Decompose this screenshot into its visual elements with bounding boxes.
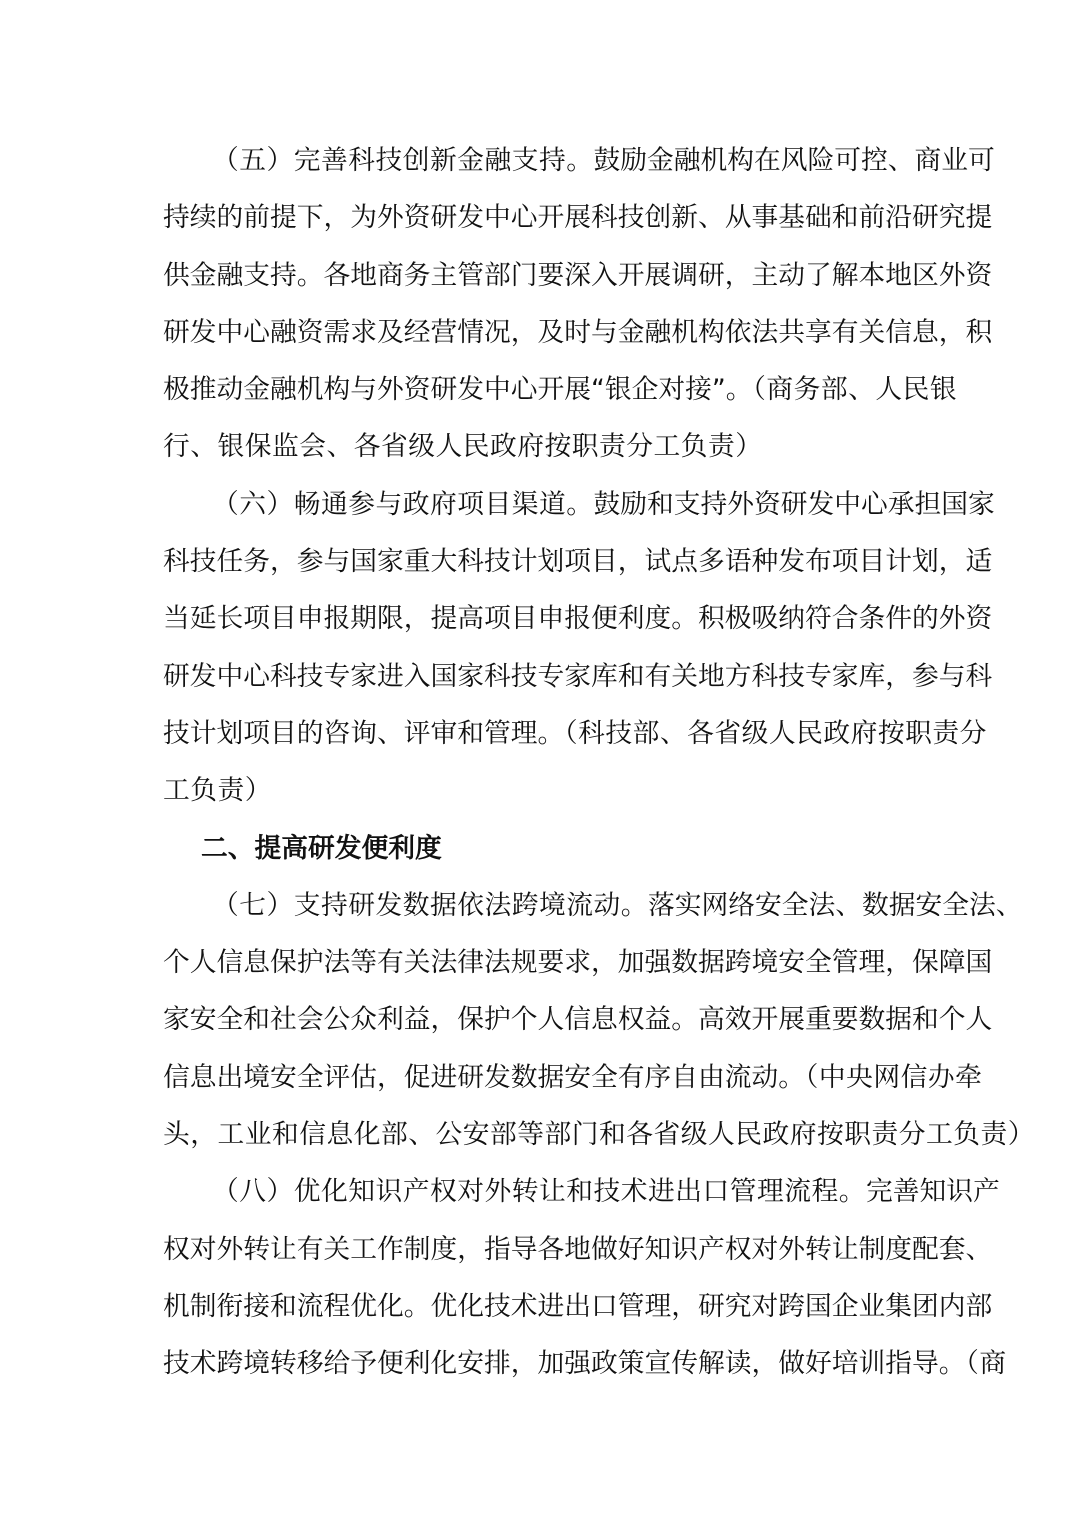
responsibility-note: 行、银保监会、各省级人民政府按职责分工负责） bbox=[163, 431, 763, 462]
line-body: 完善知识产 bbox=[866, 1176, 1000, 1207]
paragraph-line: 技计划项目的咨询、评审和管理。（科技部、各省级人民政府按职责分 bbox=[163, 705, 913, 762]
paragraph-line: 权对外转让有关工作制度，指导各地做好知识产权对外转让制度配套、 bbox=[163, 1221, 913, 1278]
responsibility-note: （商务部、人民银 bbox=[752, 374, 957, 405]
line-body: 技术跨境转移给予便利化安排，加强政策宣传解读，做好培训指导。 bbox=[163, 1348, 966, 1379]
line-body: 鼓励金融机构在风险可控、商业可 bbox=[594, 145, 995, 176]
responsibility-note: （中央网信办牵 bbox=[805, 1062, 982, 1093]
paragraph-line: （七）支持研发数据依法跨境流动。落实网络安全法、数据安全法、 bbox=[163, 877, 913, 934]
line-body: 信息出境安全评估，促进研发数据安全有序自由流动。 bbox=[163, 1062, 805, 1093]
line-body: 个人信息保护法等有关法律法规要求，加强数据跨境安全管理，保障国 bbox=[163, 947, 992, 978]
responsibility-note: （商 bbox=[966, 1348, 1007, 1379]
paragraph-line: 科技任务，参与国家重大科技计划项目，试点多语种发布项目计划，适 bbox=[163, 533, 913, 590]
paragraph-line: 研发中心科技专家进入国家科技专家库和有关地方科技专家库，参与科 bbox=[163, 648, 913, 705]
line-body: 供金融支持。各地商务主管部门要深入开展调研，主动了解本地区外资 bbox=[163, 260, 992, 291]
paragraph-line: （八）优化知识产权对外转让和技术进出口管理流程。完善知识产 bbox=[163, 1163, 913, 1220]
responsibility-note: （科技部、各省级人民政府按职责分 bbox=[564, 718, 987, 749]
item-title: （六）畅通参与政府项目渠道。 bbox=[212, 489, 594, 520]
paragraph-line: 持续的前提下，为外资研发中心开展科技创新、从事基础和前沿研究提 bbox=[163, 189, 913, 246]
line-body: 家安全和社会公众利益，保护个人信息权益。高效开展重要数据和个人 bbox=[163, 1004, 992, 1035]
line-body: 科技任务，参与国家重大科技计划项目，试点多语种发布项目计划，适 bbox=[163, 546, 992, 577]
item-title: （七）支持研发数据依法跨境流动。 bbox=[212, 890, 648, 921]
paragraph-line: 机制衔接和流程优化。优化技术进出口管理，研究对跨国企业集团内部 bbox=[163, 1278, 913, 1335]
paragraph-line: 技术跨境转移给予便利化安排，加强政策宣传解读，做好培训指导。（商 bbox=[163, 1335, 913, 1392]
paragraph-line: 行、银保监会、各省级人民政府按职责分工负责） bbox=[163, 418, 913, 475]
paragraph-item-7: （七）支持研发数据依法跨境流动。落实网络安全法、数据安全法、 个人信息保护法等有… bbox=[163, 877, 913, 1163]
paragraph-line: 头，工业和信息化部、公安部等部门和各省级人民政府按职责分工负责） bbox=[163, 1106, 913, 1163]
line-body: 机制衔接和流程优化。优化技术进出口管理，研究对跨国企业集团内部 bbox=[163, 1291, 992, 1322]
paragraph-item-5: （五）完善科技创新金融支持。鼓励金融机构在风险可控、商业可 持续的前提下，为外资… bbox=[163, 132, 913, 476]
line-body: 技计划项目的咨询、评审和管理。 bbox=[163, 718, 564, 749]
line-body: 极推动金融机构与外资研发中心开展“银企对接”。 bbox=[163, 374, 752, 405]
item-title: （八）优化知识产权对外转让和技术进出口管理流程。 bbox=[212, 1176, 866, 1207]
responsibility-note: 工负责） bbox=[163, 775, 272, 806]
paragraph-line: 信息出境安全评估，促进研发数据安全有序自由流动。（中央网信办牵 bbox=[163, 1049, 913, 1106]
paragraph-line: 工负责） bbox=[163, 762, 913, 819]
line-body: 持续的前提下，为外资研发中心开展科技创新、从事基础和前沿研究提 bbox=[163, 202, 992, 233]
responsibility-note: 头，工业和信息化部、公安部等部门和各省级人民政府按职责分工负责） bbox=[163, 1119, 1035, 1150]
paragraph-line: 当延长项目申报期限，提高项目申报便利度。积极吸纳符合条件的外资 bbox=[163, 590, 913, 647]
paragraph-line: 极推动金融机构与外资研发中心开展“银企对接”。（商务部、人民银 bbox=[163, 361, 913, 418]
section-heading: 二、提高研发便利度 bbox=[163, 820, 913, 877]
paragraph-item-6: （六）畅通参与政府项目渠道。鼓励和支持外资研发中心承担国家 科技任务，参与国家重… bbox=[163, 476, 913, 820]
paragraph-line: （六）畅通参与政府项目渠道。鼓励和支持外资研发中心承担国家 bbox=[163, 476, 913, 533]
line-body: 研发中心科技专家进入国家科技专家库和有关地方科技专家库，参与科 bbox=[163, 661, 992, 692]
paragraph-line: 供金融支持。各地商务主管部门要深入开展调研，主动了解本地区外资 bbox=[163, 247, 913, 304]
paragraph-item-8: （八）优化知识产权对外转让和技术进出口管理流程。完善知识产 权对外转让有关工作制… bbox=[163, 1163, 913, 1392]
paragraph-line: （五）完善科技创新金融支持。鼓励金融机构在风险可控、商业可 bbox=[163, 132, 913, 189]
line-body: 当延长项目申报期限，提高项目申报便利度。积极吸纳符合条件的外资 bbox=[163, 603, 992, 634]
line-body: 研发中心融资需求及经营情况，及时与金融机构依法共享有关信息，积 bbox=[163, 317, 992, 348]
document-page: （五）完善科技创新金融支持。鼓励金融机构在风险可控、商业可 持续的前提下，为外资… bbox=[163, 132, 913, 1393]
line-body: 鼓励和支持外资研发中心承担国家 bbox=[594, 489, 995, 520]
line-body: 落实网络安全法、数据安全法、 bbox=[648, 890, 1023, 921]
item-title: （五）完善科技创新金融支持。 bbox=[212, 145, 594, 176]
paragraph-line: 研发中心融资需求及经营情况，及时与金融机构依法共享有关信息，积 bbox=[163, 304, 913, 361]
line-body: 权对外转让有关工作制度，指导各地做好知识产权对外转让制度配套、 bbox=[163, 1234, 992, 1265]
paragraph-line: 家安全和社会公众利益，保护个人信息权益。高效开展重要数据和个人 bbox=[163, 991, 913, 1048]
paragraph-line: 个人信息保护法等有关法律法规要求，加强数据跨境安全管理，保障国 bbox=[163, 934, 913, 991]
